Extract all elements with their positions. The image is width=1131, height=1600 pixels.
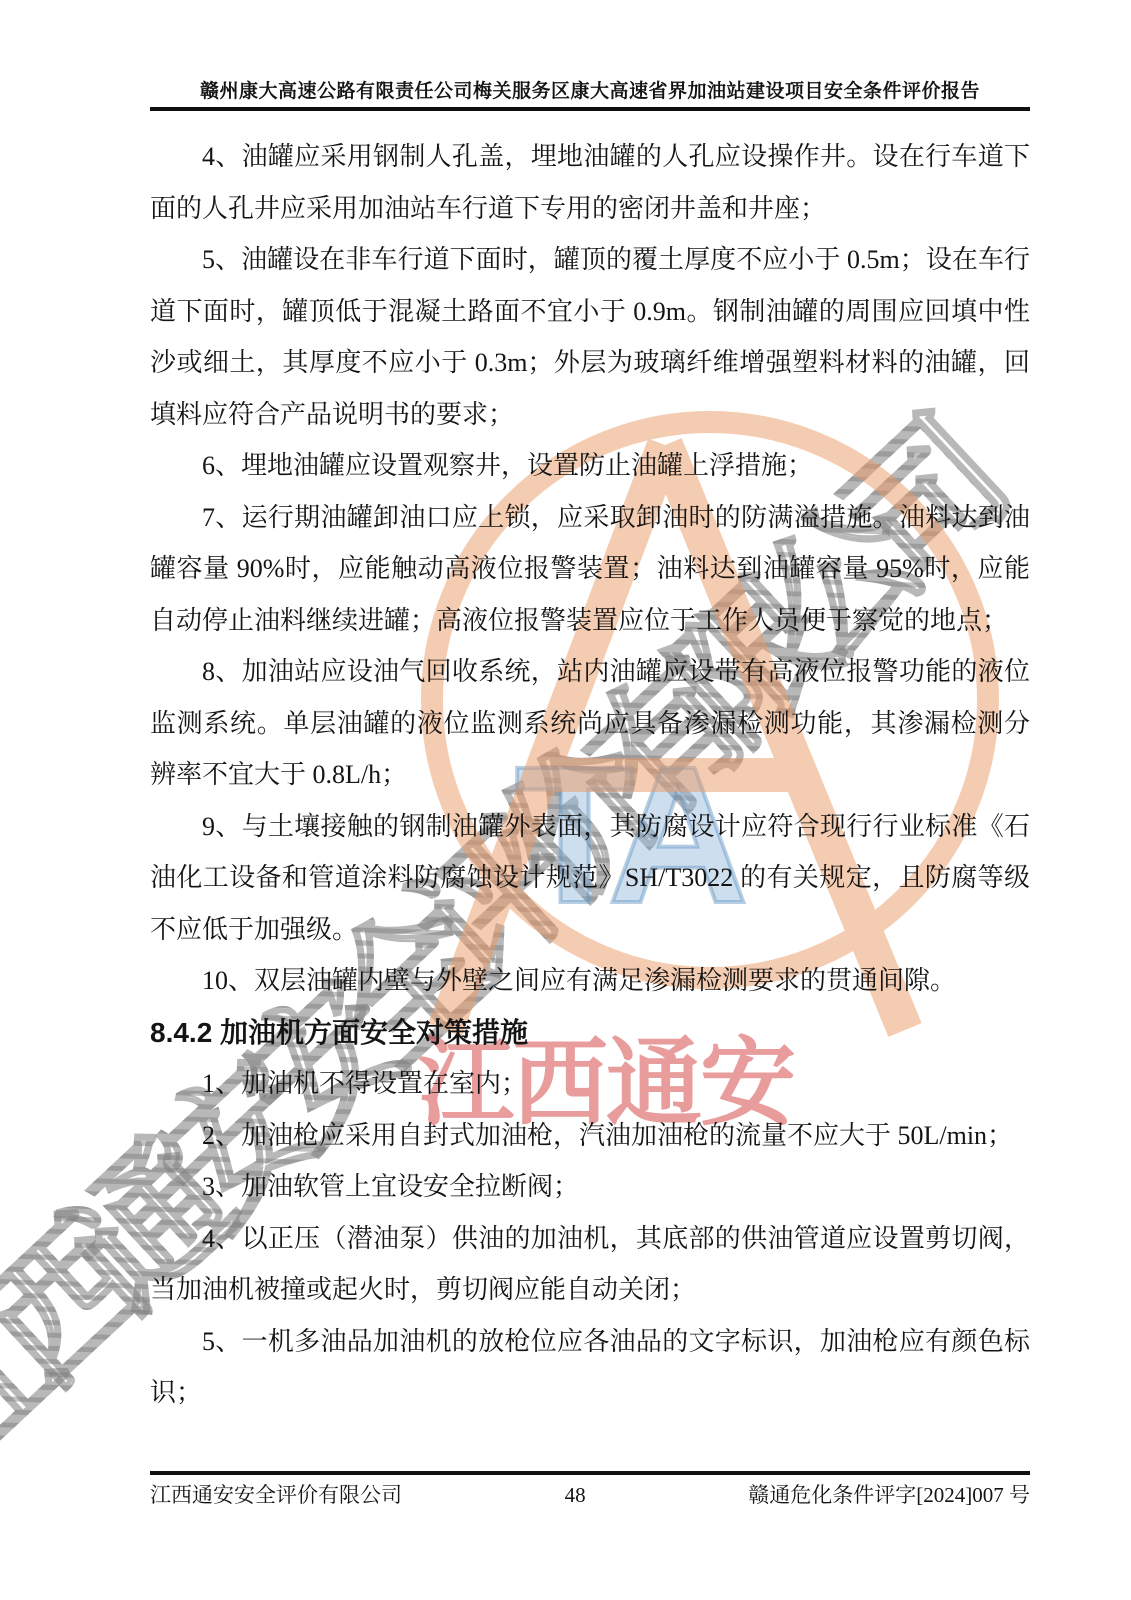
document-body: 4、油罐应采用钢制人孔盖，埋地油罐的人孔应设操作井。设在行车道下面的人孔井应采用… [150, 131, 1030, 1419]
body-paragraph: 5、油罐设在非车行道下面时，罐顶的覆土厚度不应小于 0.5m；设在车行道下面时，… [150, 234, 1030, 440]
body-paragraph: 5、一机多油品加油机的放枪位应各油品的文字标识，加油枪应有颜色标识； [150, 1316, 1030, 1419]
body-paragraph: 10、双层油罐内壁与外壁之间应有满足渗漏检测要求的贯通间隙。 [150, 955, 1030, 1007]
document-page: 江西通安安全评价有限公司 TA 江西通安 赣州康大高速公路有限责任公司梅关服务区… [0, 0, 1131, 1600]
body-paragraph: 1、加油机不得设置在室内； [150, 1058, 1030, 1110]
header-rule [150, 107, 1030, 111]
page-header-title: 赣州康大高速公路有限责任公司梅关服务区康大高速省界加油站建设项目安全条件评价报告 [150, 76, 1030, 103]
body-paragraph: 8、加油站应设油气回收系统，站内油罐应设带有高液位报警功能的液位监测系统。单层油… [150, 646, 1030, 801]
footer-page-number: 48 [402, 1481, 748, 1509]
footer-company-name: 江西通安安全评价有限公司 [150, 1481, 402, 1509]
body-paragraph: 9、与土壤接触的钢制油罐外表面，其防腐设计应符合现行行业标准《石油化工设备和管道… [150, 801, 1030, 956]
body-paragraph: 2、加油枪应采用自封式加油枪，汽油加油枪的流量不应大于 50L/min； [150, 1110, 1030, 1162]
footer-document-number: 赣通危化条件评字[2024]007 号 [748, 1481, 1030, 1509]
section-heading: 8.4.2 加油机方面安全对策措施 [150, 1007, 1030, 1059]
body-paragraph: 3、加油软管上宜设安全拉断阀； [150, 1161, 1030, 1213]
body-paragraph: 6、埋地油罐应设置观察井，设置防止油罐上浮措施； [150, 440, 1030, 492]
body-paragraph: 4、以正压（潜油泵）供油的加油机，其底部的供油管道应设置剪切阀，当加油机被撞或起… [150, 1213, 1030, 1316]
body-paragraph: 7、运行期油罐卸油口应上锁，应采取卸油时的防满溢措施。油料达到油罐容量 90%时… [150, 492, 1030, 647]
footer-rule [150, 1471, 1030, 1475]
body-paragraph: 4、油罐应采用钢制人孔盖，埋地油罐的人孔应设操作井。设在行车道下面的人孔井应采用… [150, 131, 1030, 234]
page-footer: 江西通安安全评价有限公司 48 赣通危化条件评字[2024]007 号 [150, 1481, 1030, 1509]
